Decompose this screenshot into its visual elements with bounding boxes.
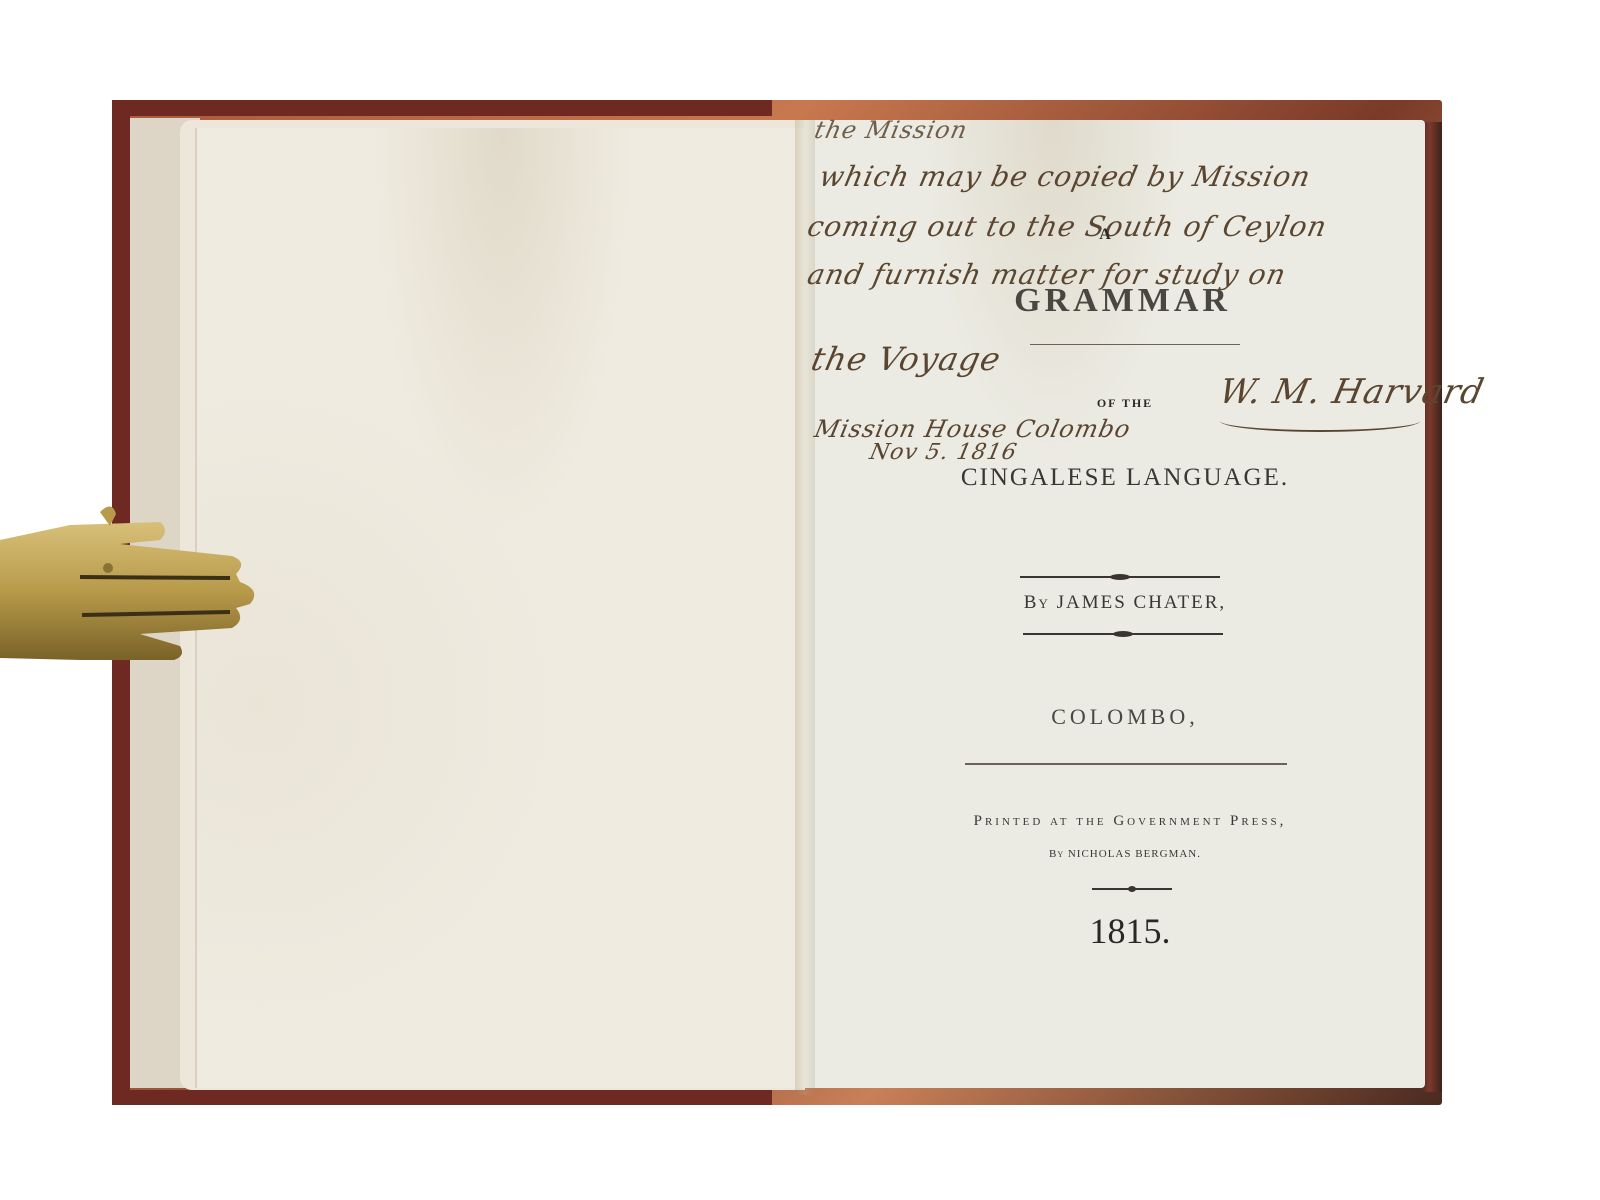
- ornamental-rule: [1092, 888, 1172, 890]
- ornamental-rule: [1023, 633, 1223, 635]
- author-line: By JAMES CHATER,: [985, 592, 1265, 614]
- publication-year: 1815.: [1060, 910, 1200, 952]
- inscription-line-3: coming out to the South of Ceylon: [804, 210, 1330, 243]
- leather-edge-bottom: [112, 1090, 772, 1105]
- place-of-publication: COLOMBO,: [1020, 704, 1230, 730]
- brass-hand-page-holder-icon: [0, 500, 262, 680]
- inscription-line-1: the Mission: [812, 116, 970, 144]
- inscription-signature: W. M. Harvard: [1216, 372, 1488, 412]
- inscription-line-2: which may be copied by Mission: [816, 160, 1314, 193]
- inscription-date: Nov 5. 1816: [867, 440, 1019, 465]
- printer-line: By NICHOLAS BERGMAN.: [1000, 848, 1250, 860]
- title-article: A: [1085, 226, 1125, 244]
- title-rule: [1030, 344, 1240, 345]
- imprint-line: Printed at the Government Press,: [905, 813, 1355, 830]
- signature-flourish: [1220, 410, 1420, 432]
- cover-edge-right: [1422, 122, 1442, 1092]
- inscription-line-5: the Voyage: [808, 340, 1005, 378]
- title-of-the: OF THE: [1080, 396, 1170, 411]
- book-title: GRAMMAR: [990, 282, 1255, 320]
- blank-flyleaf-page: [195, 128, 807, 1088]
- double-rule: [965, 763, 1287, 765]
- ornamental-rule: [1020, 576, 1220, 578]
- inscription-place: Mission House Colombo: [812, 415, 1134, 443]
- title-language: CINGALESE LANGUAGE.: [935, 464, 1315, 492]
- leather-edge-top: [112, 100, 772, 116]
